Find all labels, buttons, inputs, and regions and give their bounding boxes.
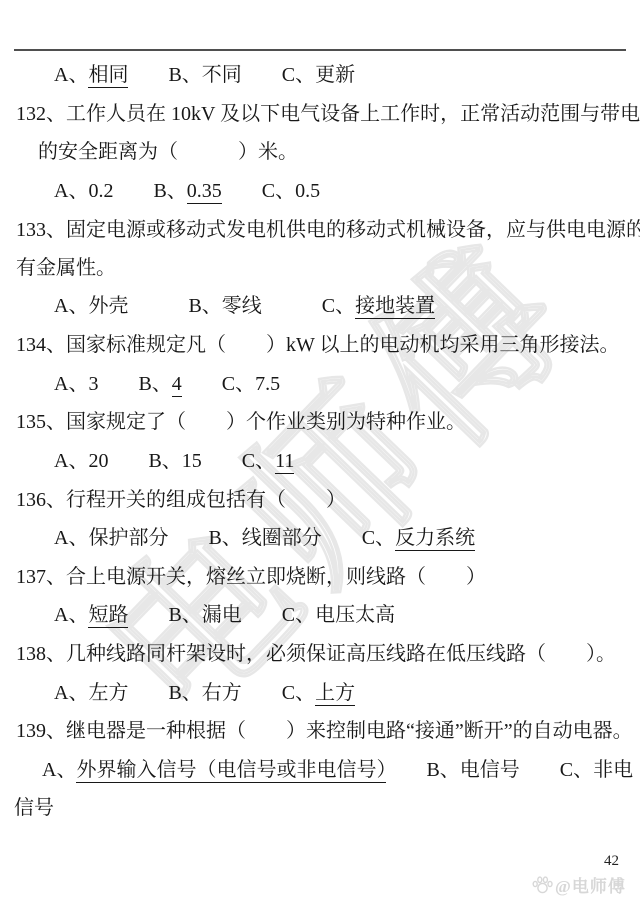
- exam-document-page: 电师傅 A、相同 B、不同 C、更新 132、工作人员在 10kV 及以下电气设…: [0, 0, 640, 909]
- question-text: 有金属性。: [16, 257, 116, 279]
- question-137: 137、合上电源开关，熔丝立即烧断，则线路（ ）: [16, 564, 486, 590]
- paw-icon: [532, 876, 553, 894]
- underlined-answer: 上方: [315, 682, 355, 706]
- option-text: A、保护部分 B、线圈部分 C、: [54, 527, 395, 549]
- question-134: 134、国家标准规定凡（ ）kW 以上的电动机均采用三角形接法。: [16, 332, 620, 358]
- header-rule: [14, 49, 626, 51]
- corner-watermark-text: @电师傅: [555, 872, 626, 897]
- option-text: A、左方 B、右方 C、: [54, 682, 315, 704]
- options-q134: A、3 B、4 C、7.5: [54, 371, 280, 397]
- options-q133: A、外壳 B、零线 C、接地装置: [54, 293, 435, 319]
- option-label: A、: [54, 604, 88, 626]
- option-text: C、0.5: [222, 180, 320, 202]
- question-text: 133、固定电源或移动式发电机供电的移动式机械设备，应与供电电源的（ ）: [16, 219, 640, 241]
- question-text: 134、国家标准规定凡（ ）kW 以上的电动机均采用三角形接法。: [16, 334, 620, 356]
- option-label: A、: [54, 64, 88, 86]
- underlined-answer: 短路: [88, 604, 128, 628]
- question-132-line1: 132、工作人员在 10kV 及以下电气设备上工作时，正常活动范围与带电设备: [16, 101, 640, 127]
- q139-option-wrap: 信号: [14, 795, 54, 821]
- question-text: 139、继电器是一种根据（ ）来控制电路“接通”断开”的自动电器。: [16, 720, 633, 742]
- underlined-answer: 4: [172, 373, 182, 397]
- option-text: C、7.5: [182, 373, 280, 395]
- options-q137: A、短路 B、漏电 C、电压太高: [54, 602, 395, 628]
- question-text: 138、几种线路同杆架设时，必须保证高压线路在低压线路（ ）。: [16, 643, 616, 665]
- option-text: A、外壳 B、零线 C、: [54, 295, 355, 317]
- option-text: 信号: [14, 797, 54, 819]
- question-text: 的安全距离为（ ）米。: [38, 141, 298, 163]
- underlined-answer: 反力系统: [395, 527, 475, 551]
- underlined-answer: 相同: [88, 64, 128, 88]
- corner-watermark: @电师傅: [532, 872, 626, 897]
- option-text: B、不同 C、更新: [128, 64, 355, 86]
- question-text: 135、国家规定了（ ）个作业类别为特种作业。: [16, 411, 466, 433]
- question-133-line2: 有金属性。: [16, 255, 116, 281]
- question-text: 136、行程开关的组成包括有（ ）: [16, 489, 346, 511]
- options-q132: A、0.2 B、0.35 C、0.5: [54, 178, 320, 204]
- underlined-answer: 接地装置: [355, 295, 435, 319]
- question-136: 136、行程开关的组成包括有（ ）: [16, 487, 346, 513]
- underlined-answer: 外界输入信号（电信号或非电信号）: [76, 759, 386, 783]
- underlined-answer: 0.35: [187, 180, 222, 204]
- options-q136: A、保护部分 B、线圈部分 C、反力系统: [54, 525, 475, 551]
- underlined-answer: 11: [275, 450, 294, 474]
- option-label: A、: [42, 759, 76, 781]
- question-138: 138、几种线路同杆架设时，必须保证高压线路在低压线路（ ）。: [16, 641, 616, 667]
- options-q139: A、外界输入信号（电信号或非电信号） B、电信号 C、非电: [42, 757, 633, 783]
- option-text: A、20 B、15 C、: [54, 450, 275, 472]
- options-q135: A、20 B、15 C、11: [54, 448, 294, 474]
- question-text: 132、工作人员在 10kV 及以下电气设备上工作时，正常活动范围与带电设备: [16, 103, 640, 125]
- question-135: 135、国家规定了（ ）个作业类别为特种作业。: [16, 409, 466, 435]
- option-text: A、0.2 B、: [54, 180, 187, 202]
- option-text: B、漏电 C、电压太高: [128, 604, 395, 626]
- option-text: B、电信号 C、非电: [386, 759, 633, 781]
- question-133-line1: 133、固定电源或移动式发电机供电的移动式机械设备，应与供电电源的（ ）: [16, 217, 640, 243]
- page-number: 42: [604, 853, 619, 870]
- question-text: 137、合上电源开关，熔丝立即烧断，则线路（ ）: [16, 566, 486, 588]
- question-139: 139、继电器是一种根据（ ）来控制电路“接通”断开”的自动电器。: [16, 718, 633, 744]
- options-q131: A、相同 B、不同 C、更新: [54, 62, 355, 88]
- option-text: A、3 B、: [54, 373, 172, 395]
- question-132-line2: 的安全距离为（ ）米。: [38, 139, 298, 165]
- options-q138: A、左方 B、右方 C、上方: [54, 680, 355, 706]
